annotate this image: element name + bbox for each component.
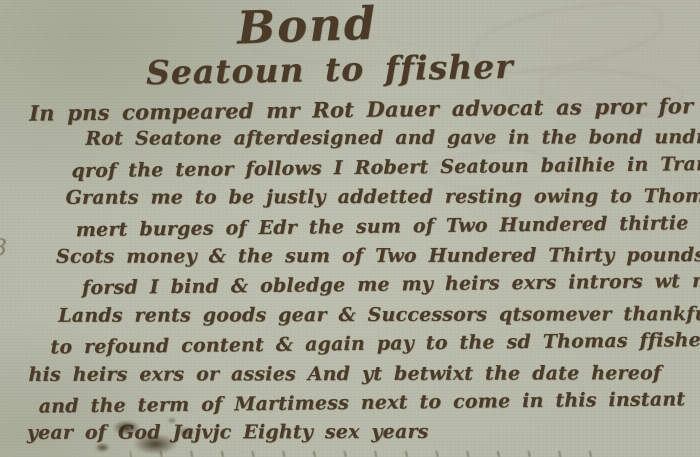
document-title: Bond [236,0,378,54]
manuscript-line: Rot Seatone afterdesigned and gave in th… [0,123,699,154]
manuscript-line: Grants me to be justly addetted resting … [0,182,700,213]
cutoff-line-marks [130,451,600,457]
manuscript-line: to refound content & again pay to the sd… [0,326,700,363]
manuscript-body: In pns compeared mr Rot Dauer advocat as… [0,93,700,450]
manuscript-page: Bond Seatoun to ffisher 3 In pns compear… [0,0,700,457]
document-subtitle: Seatoun to ffisher [146,47,514,93]
manuscript-line: forsd I bind & obledge me my heirs exrs … [0,267,700,304]
